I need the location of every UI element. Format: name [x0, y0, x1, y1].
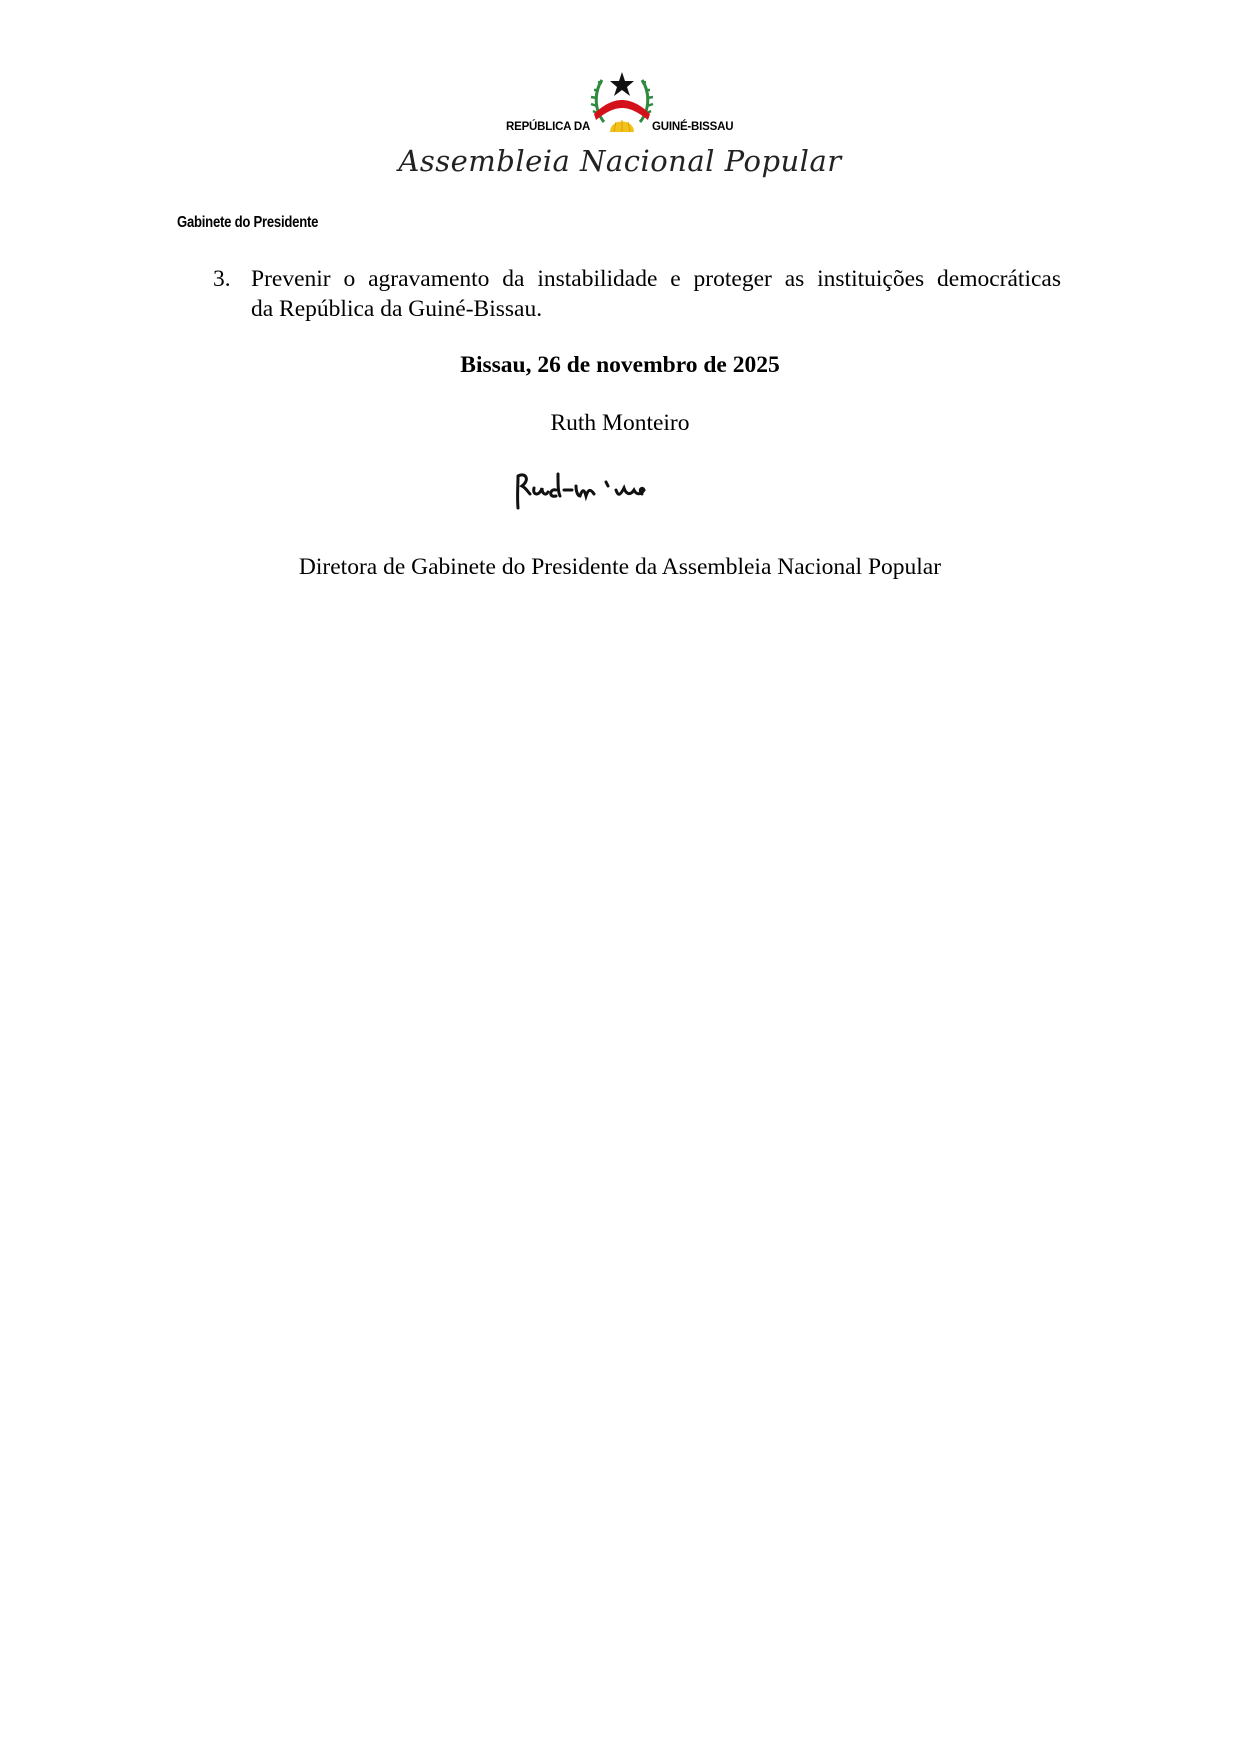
item-text-line: da República da Guiné-Bissau. [251, 296, 542, 322]
item-text: Prevenir o agravamento da instabilidade … [251, 264, 1061, 324]
signer-title: Diretora de Gabinete do Presidente da As… [0, 554, 1240, 581]
item-text-line: Prevenir o agravamento da instabilidade … [251, 264, 1061, 294]
institution-name: Assembleia Nacional Popular [0, 144, 1240, 178]
place-date: Bissau, 26 de novembro de 2025 [0, 352, 1240, 379]
letterhead: REPÚBLICA DA GUINÉ-BISSAU Assembleia Nac… [0, 70, 1240, 190]
coat-of-arms-icon [590, 70, 654, 136]
document-page: REPÚBLICA DA GUINÉ-BISSAU Assembleia Nac… [0, 0, 1240, 1755]
signature-icon [512, 468, 692, 512]
item-number: 3. [213, 264, 231, 294]
republic-label-left: REPÚBLICA DA [506, 121, 590, 133]
republic-label-right: GUINÉ-BISSAU [652, 121, 733, 133]
office-heading: Gabinete do Presidente [177, 214, 318, 232]
signer-name: Ruth Monteiro [0, 410, 1240, 437]
